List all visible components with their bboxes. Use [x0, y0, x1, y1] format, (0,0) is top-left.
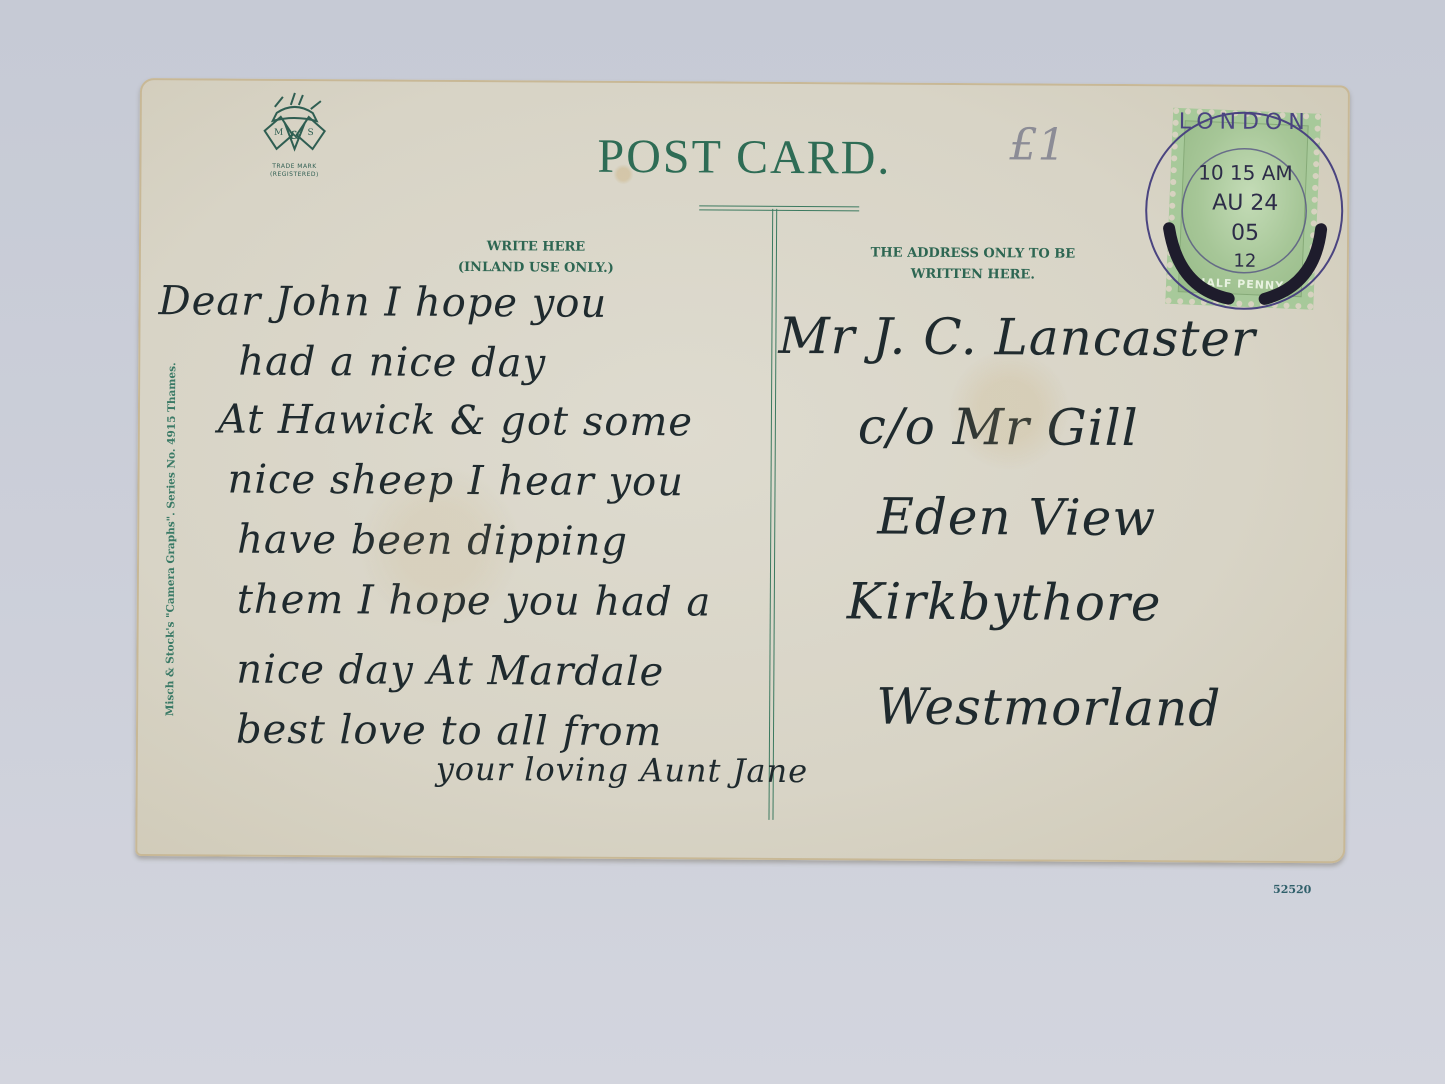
message-line: had a nice day [238, 339, 546, 387]
bells-trademark-icon: & M S [254, 91, 334, 163]
serial-number: 52520 [1273, 883, 1311, 896]
message-line: nice sheep I hear you [227, 457, 684, 506]
address-line: Eden View [877, 488, 1156, 548]
svg-text:M: M [274, 128, 283, 138]
postmark-icon: LONDON [1138, 88, 1350, 349]
address-label-line1: THE ADDRESS ONLY TO BE [813, 242, 1133, 265]
trademark-line2: (REGISTERED) [239, 171, 349, 180]
divider-vertical [768, 209, 777, 820]
post-card-title: POST CARD. [597, 129, 891, 186]
address-label-line2: WRITTEN HERE. [813, 263, 1133, 286]
trademark-logo: & M S TRADE MARK (REGISTERED) [239, 91, 350, 180]
address-label: THE ADDRESS ONLY TO BE WRITTEN HERE. [813, 242, 1133, 286]
message-line: them I hope you had a [237, 577, 712, 626]
message-line: have been dipping [237, 517, 628, 565]
message-signature: your loving Aunt Jane [436, 750, 809, 790]
postmark-code: 12 [1185, 252, 1305, 271]
postmark-date: AU 24 [1185, 192, 1305, 215]
postmark-time: 10 15 AM [1185, 162, 1305, 183]
svg-text:S: S [308, 128, 314, 138]
write-here-label: WRITE HERE (INLAND USE ONLY.) [441, 236, 631, 279]
message-line: At Hawick & got some [218, 396, 693, 445]
pencil-price-note: £1 [1009, 119, 1065, 170]
svg-text:LONDON: LONDON [1179, 109, 1311, 135]
address-line: Westmorland [876, 678, 1221, 738]
address-line: c/o Mr Gill [858, 397, 1139, 457]
publisher-imprint-text: Misch & Stock's "Camera Graphs". Series … [164, 156, 179, 716]
message-line: best love to all from [236, 707, 663, 756]
svg-text:&: & [290, 129, 300, 142]
write-here-line2: (INLAND USE ONLY.) [441, 257, 631, 279]
stamp-area: HALF PENNY LONDON 10 15 AM AU 24 05 12 [1138, 88, 1350, 349]
write-here-line1: WRITE HERE [441, 236, 631, 258]
divider-horizontal [699, 205, 859, 211]
postcard: & M S TRADE MARK (REGISTERED) Misch & St… [135, 78, 1350, 863]
message-line: nice day At Mardale [236, 647, 664, 696]
postmark-year: 05 [1185, 222, 1305, 245]
message-line: Dear John I hope you [158, 278, 607, 327]
publisher-imprint: Misch & Stock's "Camera Graphs". Series … [164, 156, 185, 716]
address-line: Kirkbythore [847, 572, 1162, 632]
